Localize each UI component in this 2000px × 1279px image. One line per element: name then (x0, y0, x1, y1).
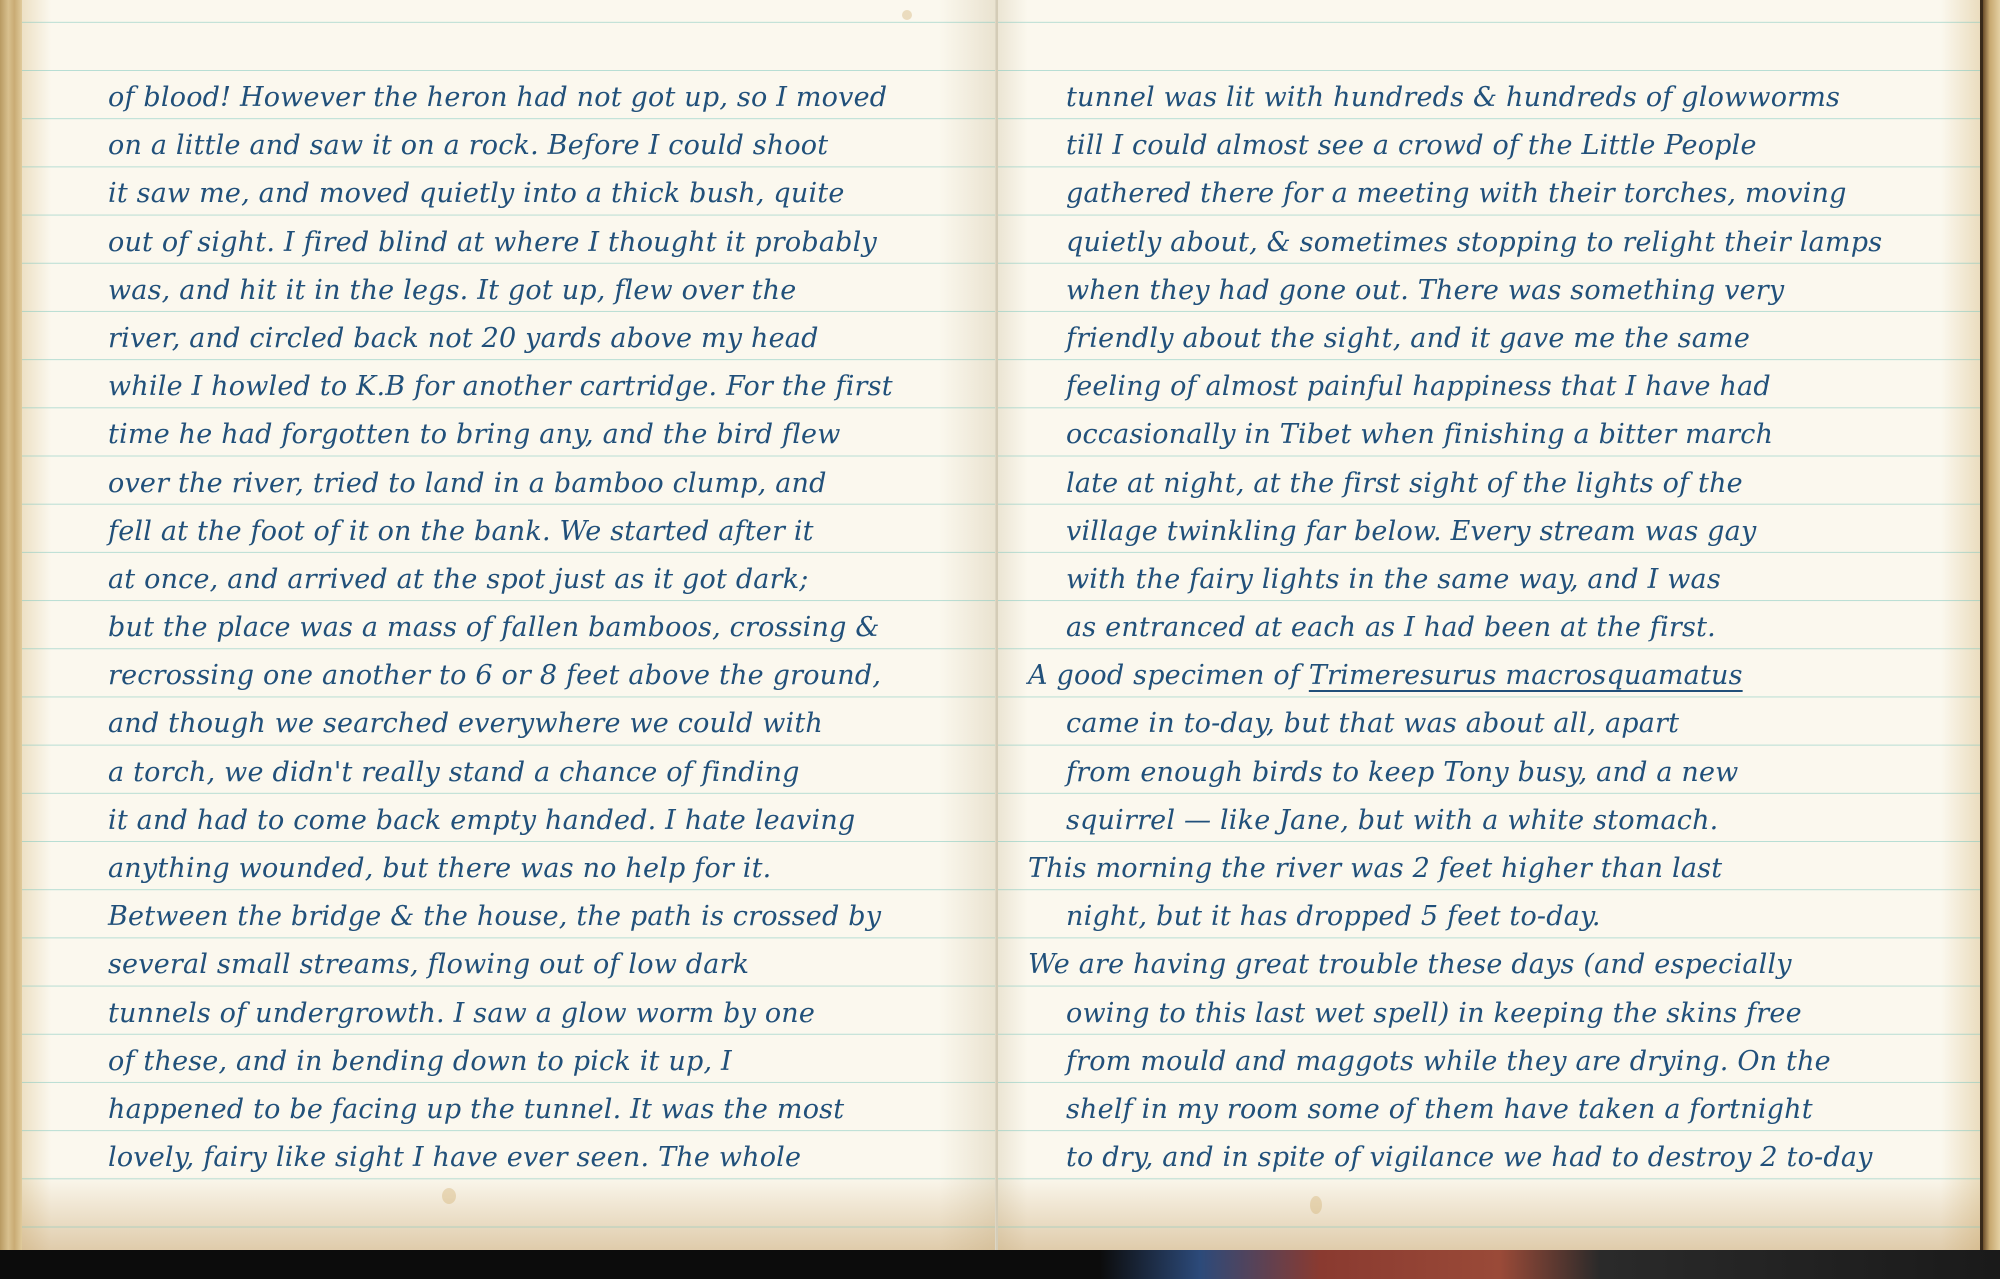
open-notebook: of blood! However the heron had not got … (0, 0, 2000, 1255)
text-line: with the fairy lights in the same way, a… (998, 560, 1980, 608)
text-line: a torch, we didn't really stand a chance… (22, 753, 997, 801)
text-line: village twinkling far below. Every strea… (998, 512, 1980, 560)
text-line: till I could almost see a crowd of the L… (998, 126, 1980, 174)
text-line: on a little and saw it on a rock. Before… (22, 126, 997, 174)
text-line: friendly about the sight, and it gave me… (998, 319, 1980, 367)
specimen-intro: A good specimen of (1028, 660, 1300, 691)
text-line: out of sight. I fired blind at where I t… (22, 223, 997, 271)
text-line: fell at the foot of it on the bank. We s… (22, 512, 997, 560)
right-page: tunnel was lit with hundreds & hundreds … (998, 0, 1983, 1250)
text-line: occasionally in Tibet when finishing a b… (998, 415, 1980, 463)
text-line: while I howled to K.B for another cartri… (22, 367, 997, 415)
text-line: A good specimen of Trimeresurus macrosqu… (998, 656, 1980, 704)
text-line: but the place was a mass of fallen bambo… (22, 608, 997, 656)
text-line: We are having great trouble these days (… (998, 945, 1980, 993)
text-line: to dry, and in spite of vigilance we had… (998, 1138, 1980, 1186)
text-line: it and had to come back empty handed. I … (22, 801, 997, 849)
text-line: tunnels of undergrowth. I saw a glow wor… (22, 994, 997, 1042)
text-line: This morning the river was 2 feet higher… (998, 849, 1980, 897)
text-line: happened to be facing up the tunnel. It … (22, 1090, 997, 1138)
paper-stain (442, 1188, 456, 1204)
text-line: anything wounded, but there was no help … (22, 849, 997, 897)
text-line: over the river, tried to land in a bambo… (22, 464, 997, 512)
paper-stain (902, 10, 912, 20)
text-line: feeling of almost painful happiness that… (998, 367, 1980, 415)
right-page-text: tunnel was lit with hundreds & hundreds … (998, 78, 1980, 1186)
text-line: quietly about, & sometimes stopping to r… (998, 223, 1980, 271)
text-line: gathered there for a meeting with their … (998, 174, 1980, 222)
text-line: time he had forgotten to bring any, and … (22, 415, 997, 463)
text-line: as entranced at each as I had been at th… (998, 608, 1980, 656)
text-line: from mould and maggots while they are dr… (998, 1042, 1980, 1090)
left-page: of blood! However the heron had not got … (22, 0, 997, 1250)
text-line: it saw me, and moved quietly into a thic… (22, 174, 997, 222)
text-line: tunnel was lit with hundreds & hundreds … (998, 78, 1980, 126)
text-line: owing to this last wet spell) in keeping… (998, 994, 1980, 1042)
paper-stain (1310, 1196, 1322, 1214)
text-line: from enough birds to keep Tony busy, and… (998, 753, 1980, 801)
text-line: late at night, at the first sight of the… (998, 464, 1980, 512)
text-line: was, and hit it in the legs. It got up, … (22, 271, 997, 319)
background-surface (0, 1250, 2000, 1279)
left-page-text: of blood! However the heron had not got … (22, 78, 997, 1186)
specimen-name: Trimeresurus macrosquamatus (1309, 660, 1743, 691)
text-line: of these, and in bending down to pick it… (22, 1042, 997, 1090)
text-line: Between the bridge & the house, the path… (22, 897, 997, 945)
text-line: river, and circled back not 20 yards abo… (22, 319, 997, 367)
text-line: and though we searched everywhere we cou… (22, 704, 997, 752)
text-line: lovely, fairy like sight I have ever see… (22, 1138, 997, 1186)
text-line: shelf in my room some of them have taken… (998, 1090, 1980, 1138)
text-line: came in to-day, but that was about all, … (998, 704, 1980, 752)
text-line: of blood! However the heron had not got … (22, 78, 997, 126)
text-line: squirrel — like Jane, but with a white s… (998, 801, 1980, 849)
left-page-edges (0, 0, 24, 1250)
right-cover-edge (1983, 0, 2000, 1250)
text-line: night, but it has dropped 5 feet to-day. (998, 897, 1980, 945)
text-line: at once, and arrived at the spot just as… (22, 560, 997, 608)
text-line: several small streams, flowing out of lo… (22, 945, 997, 993)
text-line: recrossing one another to 6 or 8 feet ab… (22, 656, 997, 704)
text-line: when they had gone out. There was someth… (998, 271, 1980, 319)
